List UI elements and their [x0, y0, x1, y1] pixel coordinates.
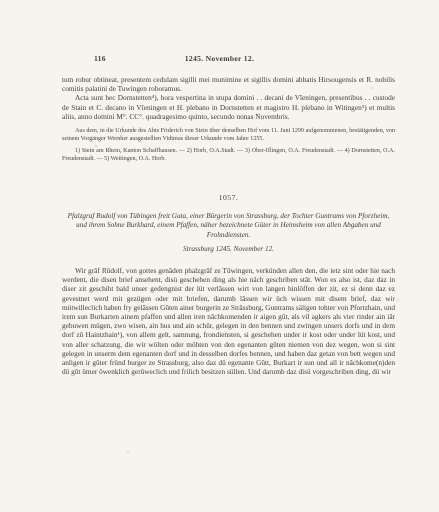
document-regest: Pfalzgraf Rudolf von Tübingen freit Guta…	[62, 212, 395, 240]
prev-document-body-end: tum robur obtineat, presentem cedulam si…	[62, 75, 395, 93]
prev-document-footnotes: 1) Stein am Rhein, Kanton Schaffhausen. …	[62, 148, 395, 163]
document-body: Wir grâf Rûdolf, von gottes genâden phal…	[62, 266, 395, 376]
running-head: 1245. November 12.	[62, 54, 377, 63]
prev-document-acta-clause: Acta sunt hec Dornstetten⁴), hora vesper…	[62, 93, 395, 121]
page-header: 116 1245. November 12.	[62, 54, 395, 64]
prev-document-source-note: Aus dem, in die Urkunde des Abts Frideri…	[62, 128, 395, 143]
document-number: 1057.	[62, 193, 395, 202]
document-dateline: Strassburg 1245. November 12.	[62, 245, 395, 253]
book-page: 116 1245. November 12. tum robur obtinea…	[0, 0, 439, 512]
